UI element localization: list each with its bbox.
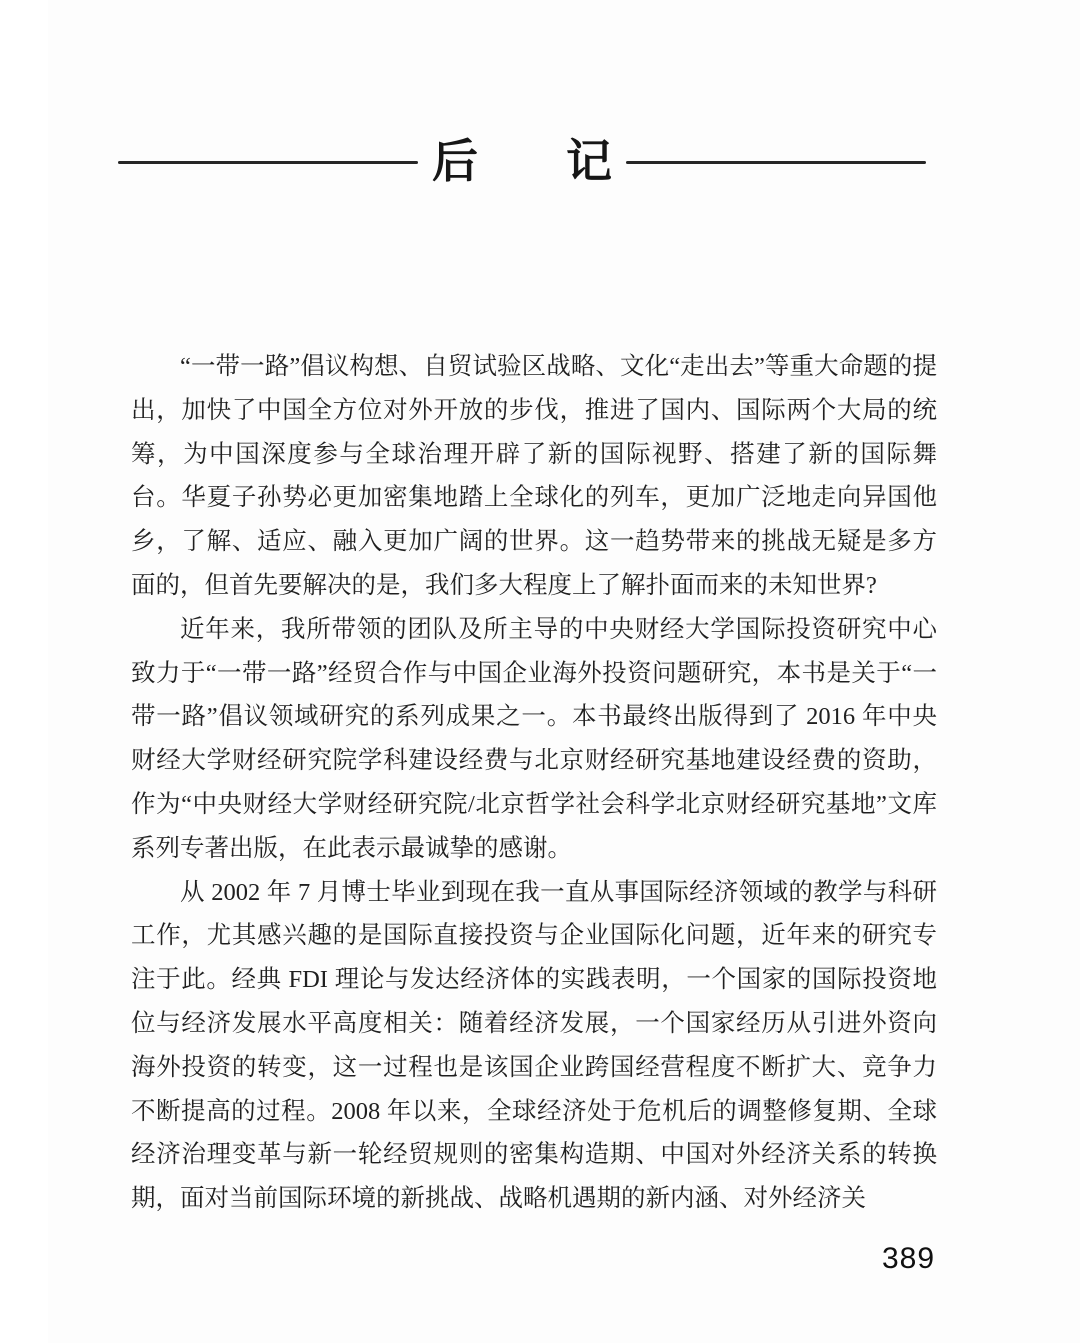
title-char-right: 记 (566, 139, 612, 185)
page-title: 后记 (432, 139, 612, 185)
paragraph-2: 近年来，我所带领的团队及所主导的中央财经大学国际投资研究中心致力于“一带一路”经… (131, 608, 937, 871)
paragraph-1: “一带一路”倡议构想、自贸试验区战略、文化“走出去”等重大命题的提出，加快了中国… (131, 345, 937, 608)
paragraph-3: 从 2002 年 7 月博士毕业到现在我一直从事国际经济领域的教学与科研工作，尤… (131, 871, 937, 1221)
scan-page-edge (0, 0, 48, 1343)
afterword-body: “一带一路”倡议构想、自贸试验区战略、文化“走出去”等重大命题的提出，加快了中国… (131, 345, 937, 1221)
title-rule-left (118, 161, 418, 164)
book-page: 后记 “一带一路”倡议构想、自贸试验区战略、文化“走出去”等重大命题的提出，加快… (0, 0, 1080, 1343)
chapter-title-row: 后记 (118, 136, 926, 188)
page-number: 389 (882, 1242, 935, 1276)
title-rule-right (626, 161, 926, 164)
title-char-left: 后 (432, 139, 478, 185)
